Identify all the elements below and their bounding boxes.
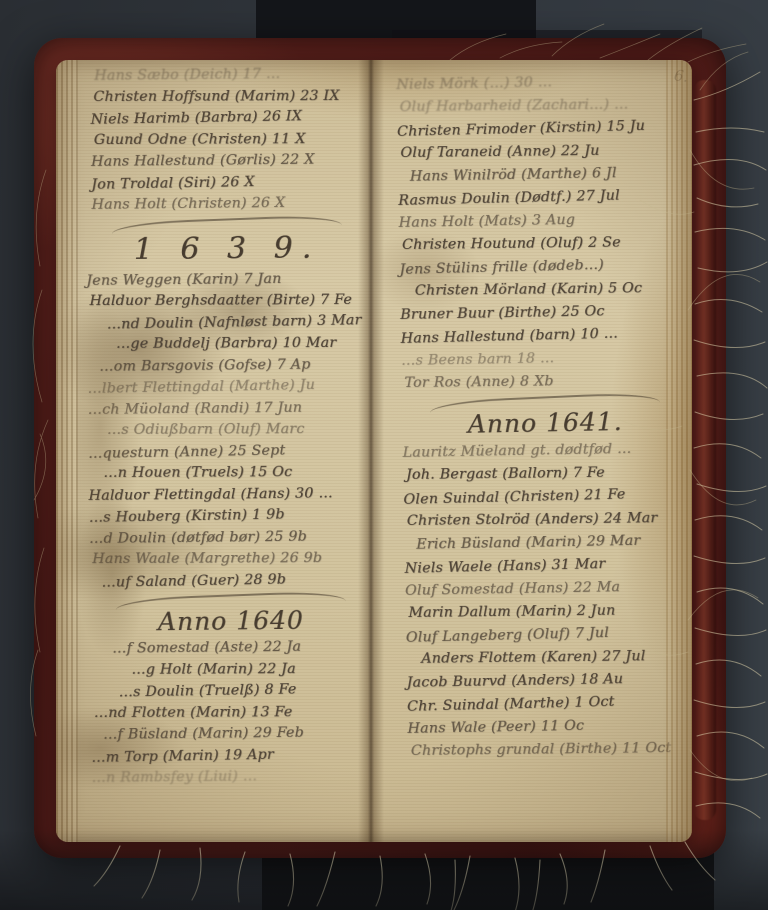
year-heading-1641: Anno 1641. <box>402 405 689 442</box>
register-entry: …n Rambsfey (Liui) … <box>91 765 373 789</box>
register-entry: …s Odiußbarn (Oluf) Marc <box>107 419 373 442</box>
register-entry: …s Doulin (Truelß) 8 Fe <box>118 678 372 704</box>
entry-list-1640: …f Somestad (Aste) 22 Ja…g Holt (Marin) … <box>90 636 374 789</box>
book-cover-edge <box>694 80 716 820</box>
register-entry: Christophs grundal (Birthe) 11 Oct <box>411 737 697 763</box>
year-heading-1640: Anno 1640 <box>90 604 372 639</box>
register-entry: Hans Waale (Margrethe) 26 9b <box>92 548 374 571</box>
register-entry: Jens Weggen (Karin) 7 Jan <box>86 268 368 292</box>
register-entry: Niels Harimb (Barbra) 26 IX <box>90 105 366 131</box>
register-entry: …ch Müoland (Randi) 17 Jun <box>87 397 369 421</box>
year-heading-1639: 1 6 3 9. <box>86 228 368 271</box>
register-entry: …n Houen (Truels) 15 Oc <box>103 462 373 485</box>
entry-list-pre-1639: Hans Sæbo (Deich) 17 …Christen Hoffsund … <box>84 63 368 216</box>
register-entry: …nd Doulin (Nafnløst barn) 3 Mar <box>107 310 369 336</box>
left-page: Hans Sæbo (Deich) 17 …Christen Hoffsund … <box>84 63 374 789</box>
page-edge-left <box>56 60 78 842</box>
manuscript-photo: Hans Sæbo (Deich) 17 …Christen Hoffsund … <box>0 0 768 910</box>
entry-list-1641: Lauritz Müeland gt. dødtfød …Joh. Bergas… <box>402 437 694 764</box>
register-entry: …f Büsland (Marin) 29 Feb <box>103 722 373 746</box>
register-entry: Hans Sæbo (Deich) 17 … <box>94 63 366 87</box>
register-entry: Hans Holt (Christen) 26 X <box>91 192 367 216</box>
register-entry: Christen Hoffsund (Marim) 23 IX <box>93 85 369 108</box>
register-entry: …f Somestad (Aste) 22 Ja <box>112 636 372 660</box>
register-entry: …g Holt (Marin) 22 Ja <box>131 658 375 681</box>
register-entry: Guund Odne (Christen) 11 X <box>94 128 370 151</box>
register-entry: Halduor Berghsdaatter (Birte) 7 Fe <box>89 290 371 313</box>
register-entry: Hans Hallestund (Gørlis) 22 X <box>91 149 367 173</box>
register-entry: …ge Buddelj (Barbra) 10 Mar <box>116 333 372 356</box>
entry-list-1639: Jens Weggen (Karin) 7 JanHalduor Berghsd… <box>86 268 371 593</box>
background-shadow-band <box>0 830 768 910</box>
register-entry: …uf Saland (Guer) 28 9b <box>101 568 371 594</box>
book-pages: Hans Sæbo (Deich) 17 …Christen Hoffsund … <box>56 60 692 842</box>
register-entry: …nd Flotten (Marin) 13 Fe <box>94 701 376 724</box>
right-page: 6. Niels Mörk (…) 30 …Oluf Harbarheid (Z… <box>396 69 694 764</box>
register-entry: Tor Ros (Anne) 8 Xb <box>404 369 690 395</box>
register-entry: …d Doulin (døtfød bør) 25 9b <box>89 526 371 550</box>
entry-list-1640-continued: Niels Mörk (…) 30 …Oluf Harbarheid (Zach… <box>396 69 688 396</box>
register-entry: …questurn (Anne) 25 Sept <box>88 439 370 465</box>
